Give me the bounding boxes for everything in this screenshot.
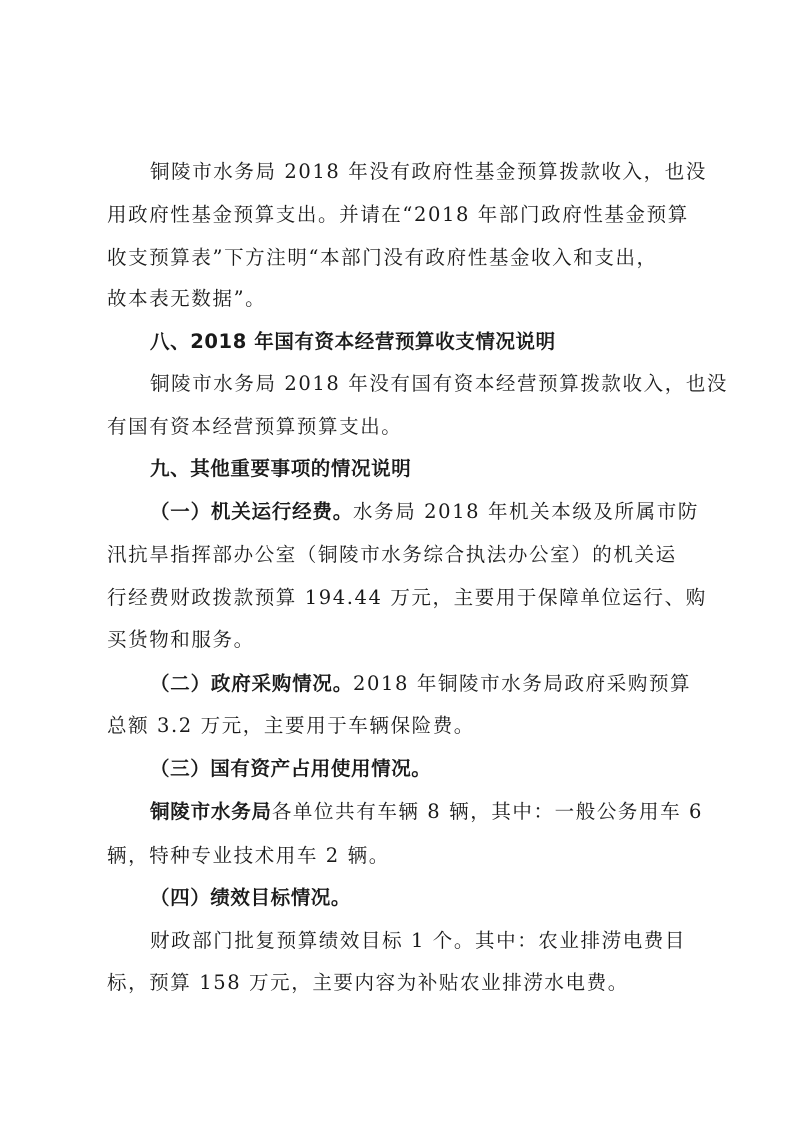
item-2-first-line: （二）政府采购情况。2018 年铜陵市水务局政府采购预算 (150, 669, 740, 699)
paragraph-line: 行经费财政拨款预算 194.44 万元，主要用于保障单位运行、购 (107, 583, 697, 613)
paragraph-line: 故本表无数据”。 (107, 284, 697, 314)
paragraph-line: 铜陵市水务局 2018 年没有政府性基金预算拨款收入，也没 (150, 157, 740, 187)
item-4-title: （四）绩效目标情况。 (150, 883, 740, 913)
item-1-text: 水务局 2018 年机关本级及所属市防 (353, 500, 699, 523)
paragraph-line: 财政部门批复预算绩效目标 1 个。其中：农业排涝电费目 (150, 926, 740, 956)
item-1-title: （一）机关运行经费。 (150, 500, 353, 523)
item-3-first-line: 铜陵市水务局各单位共有车辆 8 辆，其中：一般公务用车 6 (150, 797, 740, 827)
paragraph-line: 总额 3.2 万元，主要用于车辆保险费。 (107, 711, 697, 741)
item-3-lead: 铜陵市水务局 (150, 800, 272, 823)
paragraph-line: 用政府性基金预算支出。并请在“2018 年部门政府性基金预算 (107, 200, 697, 230)
paragraph-line: 汛抗旱指挥部办公室（铜陵市水务综合执法办公室）的机关运 (107, 540, 697, 570)
document-page: 铜陵市水务局 2018 年没有政府性基金预算拨款收入，也没 用政府性基金预算支出… (0, 0, 793, 1122)
section-heading-9: 九、其他重要事项的情况说明 (150, 454, 740, 484)
paragraph-line: 标，预算 158 万元，主要内容为补贴农业排涝水电费。 (107, 968, 697, 998)
item-3-text: 各单位共有车辆 8 辆，其中：一般公务用车 6 (272, 800, 703, 823)
item-2-title: （二）政府采购情况。 (150, 672, 353, 695)
paragraph-line: 收支预算表”下方注明“本部门没有政府性基金收入和支出， (107, 243, 697, 273)
paragraph-line: 买货物和服务。 (107, 625, 697, 655)
item-2-text: 2018 年铜陵市水务局政府采购预算 (353, 672, 691, 695)
item-3-title: （三）国有资产占用使用情况。 (150, 754, 740, 784)
paragraph-line: 辆，特种专业技术用车 2 辆。 (107, 841, 697, 871)
paragraph-line: 铜陵市水务局 2018 年没有国有资本经营预算拨款收入，也没 (150, 369, 740, 399)
paragraph-line: 有国有资本经营预算预算支出。 (107, 412, 697, 442)
item-1-first-line: （一）机关运行经费。水务局 2018 年机关本级及所属市防 (150, 497, 740, 527)
section-heading-8: 八、2018 年国有资本经营预算收支情况说明 (150, 327, 740, 357)
